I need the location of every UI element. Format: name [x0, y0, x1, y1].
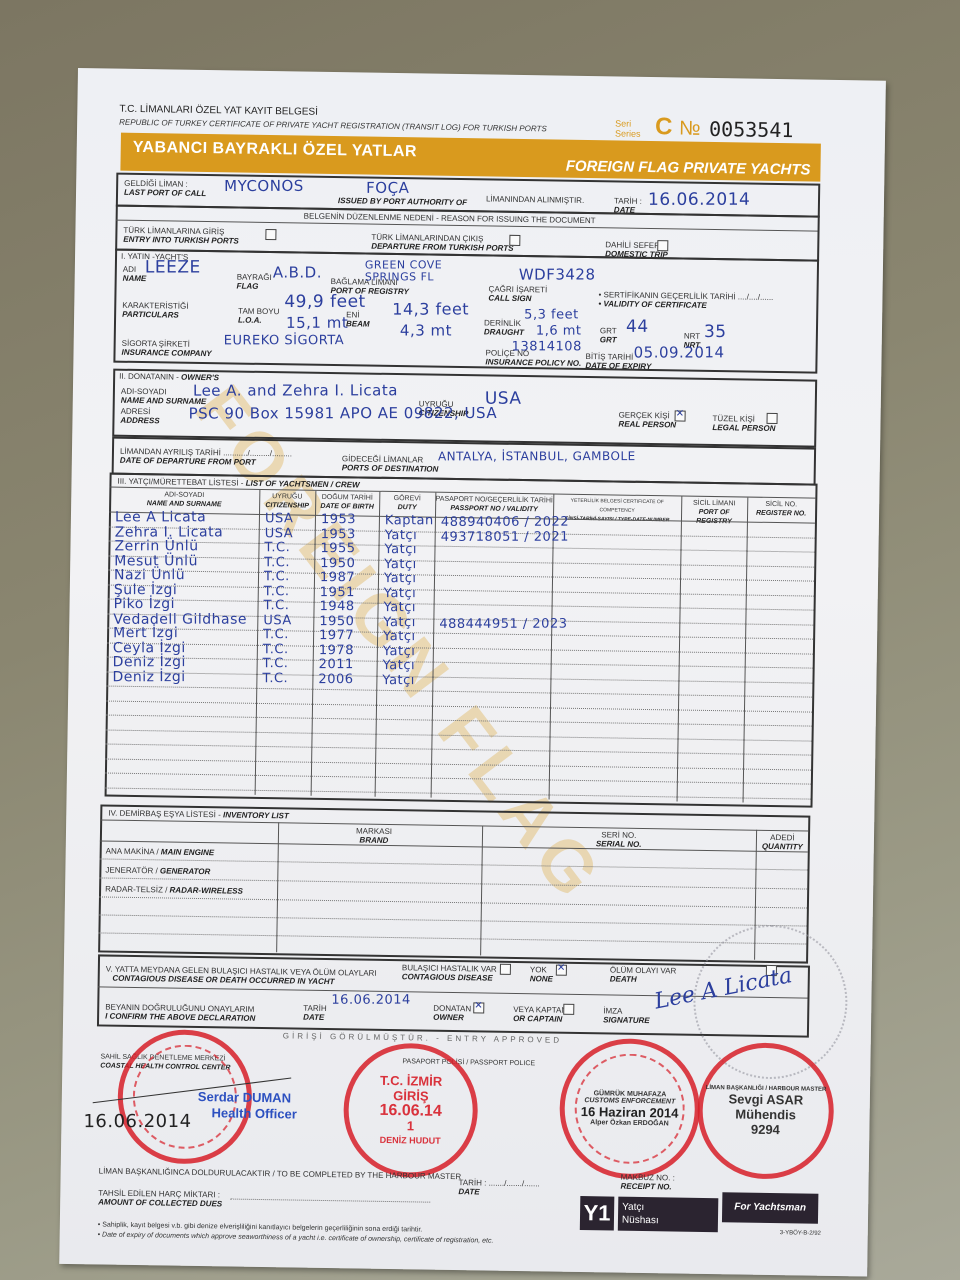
none-label: YOKNONE — [530, 965, 553, 983]
crew-cell-citizenship[interactable]: USA — [263, 613, 291, 628]
crew-column-header: PASAPORT NO/GEÇERLİLİK TARİHİPASSPORT NO… — [435, 495, 553, 515]
contagious-label: BULAŞICI HASTALIK VARCONTAGIOUS DISEASE — [402, 963, 497, 982]
crew-cell-passport[interactable]: 488444951 / 2023 — [439, 616, 567, 631]
crew-cell-dob[interactable]: 2006 — [318, 672, 353, 687]
crew-cell-name[interactable]: Deniz İzgi — [113, 654, 186, 670]
passport-police-stamp: T.C. İZMİR GİRİŞ 16.06.14 1 DENİZ HUDUT — [343, 1042, 479, 1178]
crew-column-header: DOĞUM TARİHİDATE OF BIRTH — [315, 493, 379, 512]
yacht-name-value[interactable]: LEEZE — [145, 257, 201, 277]
crew-cell-citizenship[interactable]: T.C. — [264, 555, 290, 570]
call-sign-label: ÇAĞRI İŞARETİCALL SIGN — [488, 284, 547, 303]
reason-departure-label: TÜRK LİMANLARINDAN ÇIKIŞDEPARTURE FROM T… — [371, 233, 513, 253]
crew-cell-dob[interactable]: 1987 — [320, 570, 355, 585]
crew-cell-citizenship[interactable]: T.C. — [264, 584, 290, 599]
captain-check-label: VEYA KAPTANOR CAPTAIN — [513, 1005, 567, 1024]
crew-cell-citizenship[interactable]: USA — [265, 526, 293, 541]
crew-cell-duty[interactable]: Yatçı — [384, 571, 417, 586]
draught-value-ft[interactable]: 5,3 feet — [524, 307, 579, 322]
inventory-row-generator: JENERATÖR / GENERATOR — [105, 866, 210, 877]
band-title-en: FOREIGN FLAG PRIVATE YACHTS — [566, 158, 811, 179]
destination-value[interactable]: ANTALYA, İSTANBUL, GAMBOLE — [438, 449, 636, 463]
series-label-en: Series — [615, 128, 641, 138]
captain-checkbox[interactable] — [563, 1004, 574, 1015]
contagious-checkbox[interactable] — [500, 964, 511, 975]
beam-label: ENİBEAM — [346, 310, 370, 328]
call-sign-value[interactable]: WDF3428 — [519, 265, 596, 283]
band-title-tr: YABANCI BAYRAKLI ÖZEL YATLAR — [133, 139, 418, 161]
real-person-label: GERÇEK KİŞİREAL PERSON — [618, 411, 676, 430]
inventory-row-main-engine: ANA MAKİNA / MAIN ENGINE — [106, 847, 215, 858]
crew-cell-name[interactable]: Mert İzgi — [113, 625, 178, 641]
draught-label: DERİNLİKDRAUGHT — [484, 318, 524, 337]
crew-cell-duty[interactable]: Yatçı — [383, 658, 416, 673]
crew-table: ADI-SOYADINAME AND SURNAMEUYRUĞUCITIZENS… — [105, 488, 816, 804]
transit-log-document: FOREIGN FLAG T.C. LİMANLARI ÖZEL YAT KAY… — [59, 68, 886, 1277]
insurance-label: SİGORTA ŞİRKETİINSURANCE COMPANY — [121, 339, 211, 358]
crew-cell-dob[interactable]: 1955 — [320, 541, 355, 556]
receipt-label: MAKBUZ NO. :RECEIPT NO. — [620, 1173, 675, 1192]
crew-cell-duty[interactable]: Yatçı — [384, 600, 417, 615]
draught-value-m[interactable]: 1,6 mt — [536, 324, 582, 339]
declaration-date-label: TARİHDATE — [303, 1004, 327, 1022]
nrt-value[interactable]: 35 — [704, 322, 727, 342]
crew-cell-duty[interactable]: Yatçı — [385, 528, 418, 543]
crew-cell-dob[interactable]: 1950 — [319, 614, 354, 629]
series-label: Seri Series — [615, 118, 641, 138]
crew-cell-name[interactable]: Piko İzgi — [114, 596, 175, 612]
crew-cell-name[interactable]: Deniz İzgi — [112, 669, 185, 685]
crew-cell-duty[interactable]: Yatçı — [384, 586, 417, 601]
destination-label: GİDECEĞİ LİMANLARPORTS OF DESTINATION — [342, 454, 439, 474]
reason-entry-checkbox[interactable] — [265, 229, 276, 240]
health-officer-name: Serdar DUMAN — [198, 1092, 291, 1102]
series-label-tr: Seri — [615, 118, 631, 128]
last-port-label: GELDİĞİ LİMAN :LAST PORT OF CALL — [124, 179, 206, 198]
loa-label: TAM BOYUL.O.A. — [238, 307, 279, 326]
crew-cell-duty[interactable]: Yatçı — [384, 542, 417, 557]
crew-column-header: UYRUĞUCITIZENSHIP — [259, 492, 315, 511]
gov-title-en: REPUBLIC OF TURKEY CERTIFICATE OF PRIVAT… — [119, 118, 547, 134]
crew-cell-name[interactable]: Nazi Ünlü — [114, 567, 185, 583]
reason-domestic-checkbox[interactable] — [657, 240, 668, 251]
crew-cell-dob[interactable]: 2011 — [319, 657, 354, 672]
inventory-serial-header: SERİ NO.SERIAL NO. — [596, 830, 642, 849]
crew-cell-duty[interactable]: Yatçı — [382, 673, 415, 688]
beam-value-ft[interactable]: 14,3 feet — [392, 300, 469, 319]
expiry-value[interactable]: 05.09.2014 — [634, 343, 725, 361]
entry-approved-text: GİRİŞİ GÖRÜLMÜŞTÜR. - ENTRY APPROVED — [283, 1031, 562, 1044]
none-checkbox[interactable] — [556, 965, 567, 976]
beam-value-m[interactable]: 4,3 mt — [400, 321, 452, 339]
harbour-master-stamp: LİMAN BAŞKANLIĞI / HARBOUR MASTER Sevgi … — [697, 1042, 835, 1180]
crew-cell-name[interactable]: Lee A Licata — [115, 509, 206, 525]
declaration-date-value[interactable]: 16.06.2014 — [331, 993, 410, 1008]
crew-cell-passport[interactable]: 488940406 / 2022 — [441, 515, 569, 530]
grt-label: GRTGRT — [600, 326, 617, 344]
crew-cell-dob[interactable]: 1953 — [321, 527, 356, 542]
crew-cell-citizenship[interactable]: T.C. — [263, 642, 289, 657]
signature-label: İMZASIGNATURE — [603, 1006, 650, 1025]
grt-value[interactable]: 44 — [626, 317, 649, 337]
dues-label: TAHSİL EDİLEN HARÇ MİKTARI :AMOUNT OF CO… — [98, 1188, 222, 1208]
death-label: ÖLÜM OLAYI VARDEATH — [610, 965, 677, 984]
date-value[interactable]: 16.06.2014 — [648, 190, 750, 210]
crew-cell-passport[interactable]: 493718051 / 2021 — [441, 529, 569, 544]
copy-label-en: For Yachtsman — [722, 1192, 818, 1224]
last-port-value[interactable]: MYCONOS — [224, 177, 304, 195]
crew-cell-dob[interactable]: 1950 — [320, 556, 355, 571]
inventory-quantity-header: ADEDİQUANTITY — [762, 833, 803, 852]
copy-label-tr: YatçıNüshası — [618, 1197, 719, 1233]
inventory-brand-header: MARKASIBRAND — [356, 826, 392, 845]
health-date: 16.06.2014 — [83, 1111, 191, 1132]
crew-cell-citizenship[interactable]: USA — [265, 511, 293, 526]
crew-cell-duty[interactable]: Kaptan — [385, 513, 434, 528]
crew-cell-citizenship[interactable]: T.C. — [262, 671, 288, 686]
owner-address-value[interactable]: PSC 90 Box 15981 APO AE 09822, USA — [189, 404, 498, 423]
legal-person-checkbox[interactable] — [766, 413, 777, 424]
owner-name-value[interactable]: Lee A. and Zehra I. Licata — [193, 381, 398, 399]
crew-cell-citizenship[interactable]: T.C. — [263, 627, 289, 642]
reason-entry-label: TÜRK LİMANLARINA GİRİŞENTRY INTO TURKISH… — [123, 226, 239, 246]
crew-cell-dob[interactable]: 1951 — [320, 585, 355, 600]
crew-cell-duty[interactable]: Yatçı — [383, 615, 416, 630]
loa-value-m[interactable]: 15,1 mt — [286, 314, 348, 332]
crew-cell-duty[interactable]: Yatçı — [383, 629, 416, 644]
policy-value[interactable]: 13814108 — [512, 339, 582, 354]
series-letter: C — [655, 115, 673, 139]
loa-value-ft[interactable]: 49,9 feet — [284, 292, 365, 312]
crew-cell-name[interactable]: Zerrin Ünlü — [114, 538, 198, 554]
crew-cell-citizenship[interactable]: T.C. — [263, 656, 289, 671]
crew-cell-citizenship[interactable]: T.C. — [264, 540, 290, 555]
copy-code: Y1 — [580, 1196, 615, 1231]
owner-checkbox[interactable] — [473, 1002, 484, 1013]
crew-column-header: ADI-SOYADINAME AND SURNAME — [109, 490, 259, 510]
port-registry-value[interactable]: GREEN COVE SPRINGS FL — [365, 259, 475, 283]
owner-address-label: ADRESİADDRESS — [120, 407, 159, 426]
number-symbol: № — [679, 117, 701, 139]
validity-label: • SERTİFİKANIN GEÇERLİLİK TARİHİ ..../..… — [598, 290, 773, 311]
particulars-label: KARAKTERİSTİĞİPARTICULARS — [122, 301, 189, 320]
footnote-en: • Date of expiry of documents which appr… — [98, 1230, 494, 1245]
real-person-checkbox[interactable] — [675, 410, 686, 421]
serial-number: 0053541 — [709, 118, 794, 141]
crew-cell-duty[interactable]: Yatçı — [384, 557, 417, 572]
flag-label: BAYRAĞIFLAG — [237, 273, 272, 292]
footer-date-label: TARİH : ......./......./.......DATE — [458, 1178, 539, 1197]
crew-cell-citizenship[interactable]: T.C. — [264, 598, 290, 613]
crew-cell-dob[interactable]: 1978 — [319, 643, 354, 658]
crew-cell-dob[interactable]: 1953 — [321, 512, 356, 527]
crew-cell-dob[interactable]: 1948 — [320, 599, 355, 614]
confirm-label: BEYANIN DOĞRULUĞUNU ONAYLARIMI CONFIRM T… — [105, 1003, 255, 1023]
crew-column-header: GÖREVİDUTY — [379, 494, 435, 513]
yacht-name-label: ADINAME — [123, 265, 147, 283]
issued-suffix: LİMANINDAN ALINMIŞTIR. — [486, 194, 584, 205]
gov-title-tr: T.C. LİMANLARI ÖZEL YAT KAYIT BELGESİ — [119, 105, 318, 117]
owner-check-label: DONATANOWNER — [433, 1004, 471, 1023]
form-code: 3-YBÖY-B-2/92 — [780, 1229, 821, 1239]
customs-stamp: GÜMRÜK MUHAFAZA CUSTOMS ENFORCEMENT 16 H… — [559, 1038, 701, 1180]
reason-departure-checkbox[interactable] — [509, 235, 520, 246]
health-officer-title: Health Officer — [212, 1108, 297, 1118]
crew-column-header: SİCİL NO.REGISTER NO. — [747, 500, 815, 519]
flag-value[interactable]: A.B.D. — [273, 263, 322, 281]
departure-date-label: LİMANDAN AYRILIŞ TARİHİ .........../....… — [120, 447, 292, 468]
crew-cell-dob[interactable]: 1977 — [319, 628, 354, 643]
crew-cell-duty[interactable]: Yatçı — [383, 644, 416, 659]
insurance-value[interactable]: EUREKO SİGORTA — [224, 333, 344, 348]
issued-by-value[interactable]: FOÇA — [366, 179, 409, 197]
crew-cell-citizenship[interactable]: T.C. — [264, 569, 290, 584]
